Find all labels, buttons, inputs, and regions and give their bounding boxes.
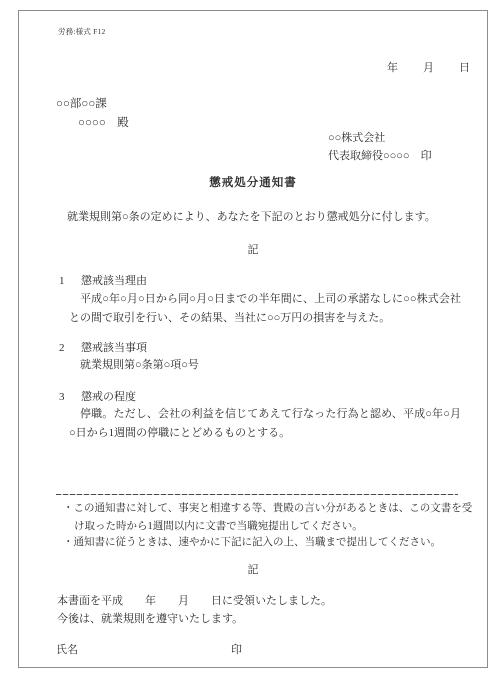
dashed-divider-rule (56, 494, 458, 495)
section-3-body: 停職。ただし、会社の利益を信じてあえて行なった行為と認め、平成○年○月○日から1… (69, 405, 461, 442)
recipient-name: ○○○○ 殿 (78, 114, 129, 132)
section-1-heading-label: 懲戒該当理由 (81, 275, 147, 287)
name-field-label: 氏名 (56, 641, 78, 659)
note-submission: ・通知書に従うときは、速やかに下記に記入の上、当職まで提出してください。 (63, 534, 478, 552)
note-objection: ・この通知書に対して、事実と相違する等、貴殿の言い分があるときは、この文書を受け… (63, 500, 478, 535)
section-1-number: 1 (59, 272, 81, 290)
section-2-heading-label: 懲戒該当事項 (81, 342, 147, 354)
document-title: 懲戒処分通知書 (19, 174, 487, 192)
sender-representative: 代表取締役○○○○ 印 (328, 147, 432, 165)
section-3-number: 3 (59, 388, 81, 406)
compliance-line: 今後は、就業規則を遵守いたします。 (57, 610, 243, 628)
date-placeholder: 年 月 日 (387, 59, 471, 77)
section-1-body: 平成○年○月○日から同○月○日までの半年間に、上司の承諾なしに○○株式会社との間… (69, 290, 461, 327)
recipient-department: ○○部○○課 (56, 95, 107, 113)
section-2-heading: 2懲戒該当事項 (59, 339, 147, 357)
receipt-acknowledgment-line: 本書面を平成 年 月 日に受領いたしました。 (57, 592, 332, 610)
section-2-number: 2 (59, 339, 81, 357)
sender-company: ○○株式会社 (328, 129, 385, 147)
form-code: 労務:様式 F12 (58, 27, 105, 37)
section-3-heading-label: 懲戒の程度 (81, 391, 136, 403)
section-3-heading: 3懲戒の程度 (59, 388, 136, 406)
document-page: 労務:様式 F12 年 月 日 ○○部○○課 ○○○○ 殿 ○○株式会社 代表取… (18, 10, 488, 668)
seal-field-label: 印 (231, 641, 242, 659)
section-1-heading: 1懲戒該当理由 (59, 272, 147, 290)
section-2-body: 就業規則第○条第○項○号 (69, 356, 461, 375)
document-canvas: { "document": { "form_code": "労務:様式 F12"… (0, 0, 500, 680)
intro-paragraph: 就業規則第○条の定めにより、あなたを下記のとおり懲戒処分に付します。 (56, 208, 468, 226)
ki-marker-top: 記 (19, 241, 487, 259)
ki-marker-bottom: 記 (19, 561, 487, 579)
